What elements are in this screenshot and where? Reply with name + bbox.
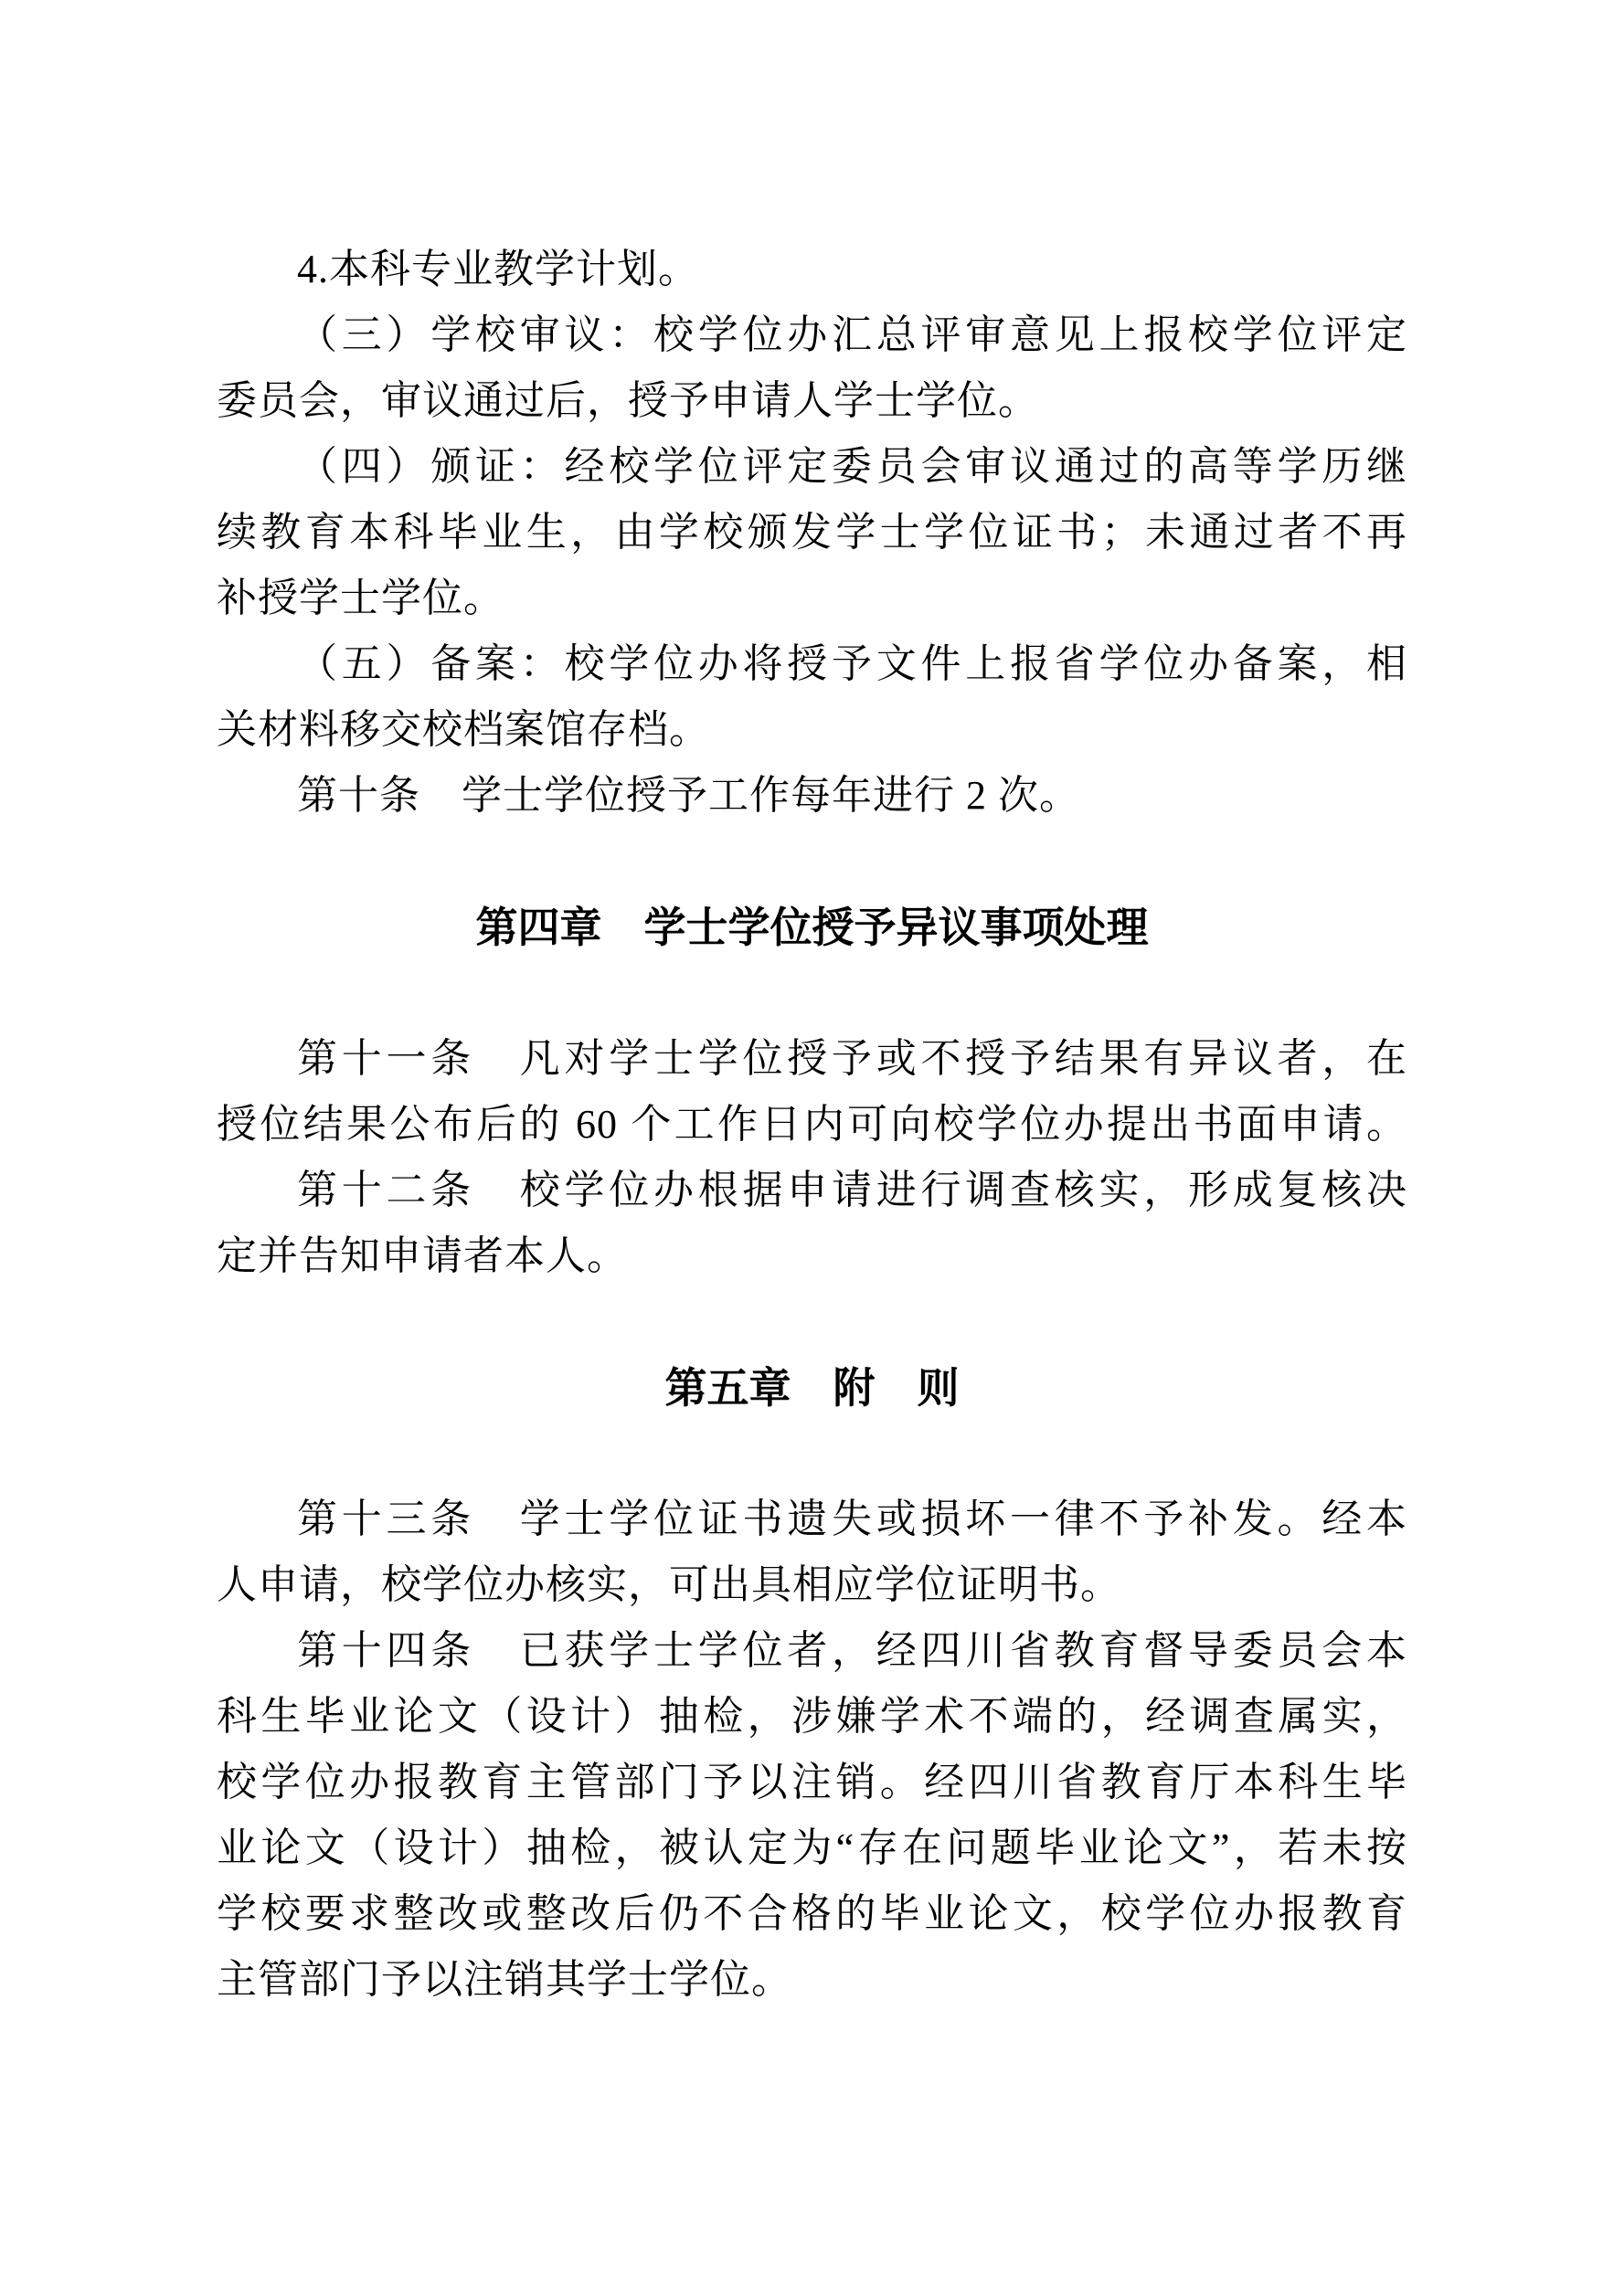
blank-line [217, 960, 1407, 1026]
document-line: 第十条 学士学位授予工作每年进行 2 次。 [217, 763, 1407, 829]
document-line: 校学位办报教育主管部门予以注销。经四川省教育厅本科生毕 [217, 1750, 1407, 1815]
document-line: 第十三条 学士学位证书遗失或损坏一律不予补发。经本 [217, 1487, 1407, 1552]
document-line: 学校要求整改或整改后仍不合格的毕业论文，校学位办报教育 [217, 1881, 1407, 1947]
chapter-5-heading: 第五章 附 则 [217, 1355, 1407, 1421]
document-body: 4.本科专业教学计划。 （三）学校审议：校学位办汇总评审意见上报校学位评定 委员… [217, 237, 1407, 2013]
document-line: 科生毕业论文（设计）抽检，涉嫌学术不端的，经调查属实， [217, 1684, 1407, 1750]
document-line: 第十二条 校学位办根据申请进行调查核实，形成复核决 [217, 1158, 1407, 1223]
document-line: 第十一条 凡对学士学位授予或不授予结果有异议者，在 [217, 1026, 1407, 1092]
document-line: 续教育本科毕业生，由学校颁发学士学位证书；未通过者不再 [217, 500, 1407, 566]
document-line: （三）学校审议：校学位办汇总评审意见上报校学位评定 [217, 302, 1407, 368]
document-line: 4.本科专业教学计划。 [217, 237, 1407, 302]
blank-line [217, 1421, 1407, 1487]
document-line: 人申请，校学位办核实，可出具相应学位证明书。 [217, 1552, 1407, 1618]
document-page: 4.本科专业教学计划。 （三）学校审议：校学位办汇总评审意见上报校学位评定 委员… [0, 0, 1624, 2296]
document-line: 授位结果公布后的 60 个工作日内可向校学位办提出书面申请。 [217, 1092, 1407, 1158]
document-line: 定并告知申请者本人。 [217, 1223, 1407, 1289]
document-line: （五）备案：校学位办将授予文件上报省学位办备案，相 [217, 631, 1407, 697]
blank-line [217, 1289, 1407, 1355]
document-line: 主管部门予以注销其学士学位。 [217, 1947, 1407, 2013]
document-line: 委员会，审议通过后，授予申请人学士学位。 [217, 368, 1407, 434]
document-line: 业论文（设计）抽检，被认定为“存在问题毕业论文”，若未按 [217, 1815, 1407, 1881]
document-line: （四）颁证：经校学位评定委员会审议通过的高等学历继 [217, 434, 1407, 500]
document-line: 关材料移交校档案馆存档。 [217, 697, 1407, 763]
chapter-4-heading: 第四章 学士学位授予异议事项处理 [217, 894, 1407, 960]
document-line: 补授学士学位。 [217, 566, 1407, 631]
document-line: 第十四条 已获学士学位者，经四川省教育督导委员会本 [217, 1618, 1407, 1684]
blank-line [217, 829, 1407, 894]
